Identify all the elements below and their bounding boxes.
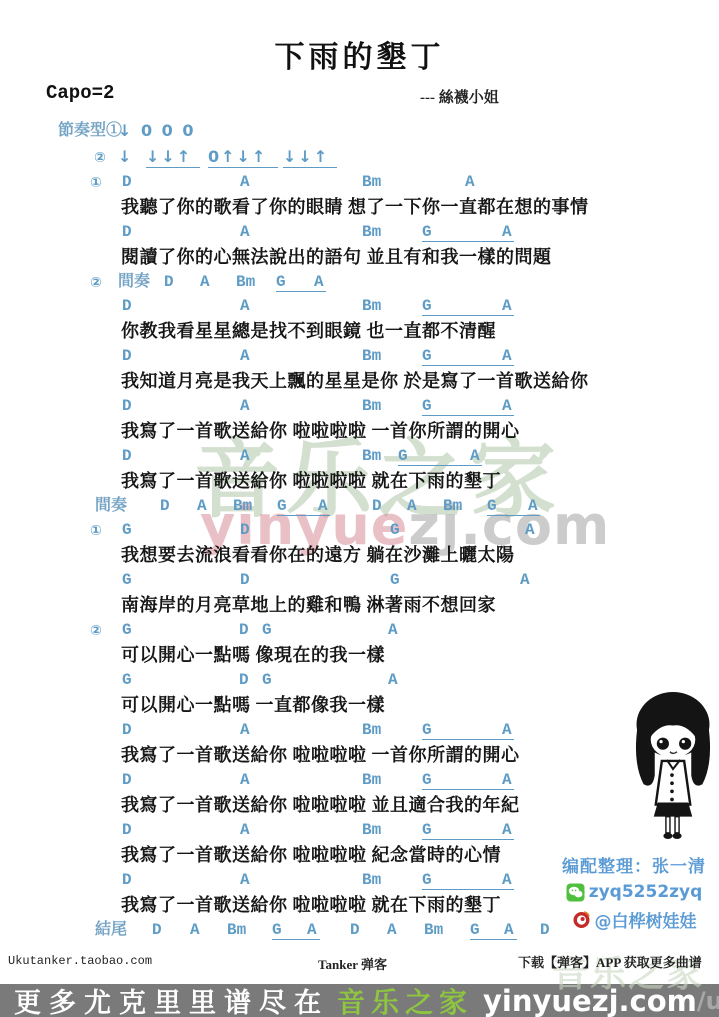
chord-label: Bm	[236, 270, 255, 294]
weibo-id: @白桦树娃娃	[595, 907, 697, 932]
chord-underline	[208, 167, 278, 168]
chord-label: Bm	[443, 494, 462, 518]
banner-slogan: 更多尤克里里谱尽在	[14, 984, 329, 1017]
chord-label: G	[122, 668, 132, 692]
cartoon-girl-illustration	[626, 690, 719, 842]
weibo-icon	[572, 910, 591, 929]
chord-label: G	[262, 668, 272, 692]
chord-label: A	[388, 618, 398, 642]
chord-label: A	[387, 918, 397, 942]
chord-line: GDGA	[0, 568, 719, 592]
chord-underline	[470, 939, 517, 940]
chord-label: G	[122, 518, 132, 542]
chord-label: D	[239, 618, 249, 642]
chord-label: D	[122, 718, 132, 742]
banner-brand: 音乐之家	[337, 984, 473, 1017]
lyric-line: 我寫了一首歌送給你 啦啦啦啦 並且適合我的年紀	[0, 792, 719, 818]
artist-label: --- 絲襪小姐	[420, 86, 499, 107]
chord-label: D	[350, 918, 360, 942]
chord-label: D	[372, 494, 382, 518]
chord-label: A	[388, 668, 398, 692]
lyric-line: 可以開心一點嗎 一直都像我一樣	[0, 692, 719, 718]
chord-label: Bm	[362, 868, 381, 892]
chord-label: D	[122, 444, 132, 468]
chord-label: Bm	[227, 918, 246, 942]
section-number-marker: ②	[94, 145, 106, 171]
chord-label: D	[122, 170, 132, 194]
lyric-line: 閱讀了你的心無法說出的語句 並且有和我一樣的問題	[0, 244, 719, 270]
section-number-marker: ①	[90, 171, 102, 195]
chord-label: A	[240, 170, 250, 194]
chord-underline	[422, 415, 514, 416]
lyric-line: 你教我看星星總是找不到眼鏡 也一直都不清醒	[0, 318, 719, 344]
lyric-line: 我知道月亮是我天上飄的星星是你 於是寫了一首歌送給你	[0, 368, 719, 394]
chord-underline	[422, 889, 514, 890]
section-label: 間奏	[95, 494, 127, 518]
chord-label: A	[240, 294, 250, 318]
lyric-line: 南海岸的月亮草地上的雞和鴨 淋著雨不想回家	[0, 592, 719, 618]
chord-label: D	[122, 768, 132, 792]
chord-label: D	[239, 668, 249, 692]
chord-label: A	[190, 918, 200, 942]
chord-label: G	[262, 618, 272, 642]
footer-app-promo: 下载【弹客】APP 获取更多曲谱	[518, 952, 702, 971]
chord-underline	[146, 167, 200, 168]
chord-label: A	[240, 868, 250, 892]
chord-label: A	[240, 768, 250, 792]
wechat-icon	[566, 883, 585, 902]
chord-label: A	[200, 270, 210, 294]
section-label: 結尾	[95, 918, 127, 942]
chord-label: A	[525, 518, 535, 542]
chord-label: G	[390, 518, 400, 542]
chord-label: D	[240, 518, 250, 542]
chord-label: Bm	[362, 294, 381, 318]
chord-label: D	[122, 344, 132, 368]
chord-label: A	[465, 170, 475, 194]
rhythm-pattern-line: 節奏型①↓ 0 0 0	[0, 118, 719, 144]
chord-line: DABmGA	[0, 220, 719, 244]
chord-label: D	[122, 868, 132, 892]
chord-sheet-page: 音乐之家 yinyuezj.com 音乐之家 下雨的墾丁 Capo=2 --- …	[0, 0, 719, 1017]
chord-label: D	[122, 818, 132, 842]
capo-label: Capo=2	[46, 82, 114, 104]
header-row: Capo=2 --- 絲襪小姐	[0, 80, 719, 118]
section-number-marker: ②	[90, 271, 102, 295]
chord-line: 間奏DABmGADABmGA	[0, 494, 719, 518]
chord-label: Bm	[233, 494, 252, 518]
chord-underline	[272, 939, 320, 940]
lyric-line: 我想要去流浪看看你在的遠方 躺在沙灘上曬太陽	[0, 542, 719, 568]
section-label: 節奏型①	[58, 118, 122, 144]
arranger-credit: 编配整理：张一清	[548, 852, 719, 877]
chord-label: A	[407, 494, 417, 518]
footer-tanker-label: Tanker 弹客	[318, 954, 387, 973]
chord-label: D	[164, 270, 174, 294]
chord-label: A	[240, 818, 250, 842]
chord-label: A	[240, 220, 250, 244]
chord-label: Bm	[362, 170, 381, 194]
chord-label: Bm	[362, 444, 381, 468]
strum-token: ↓ 0 0 0	[118, 118, 196, 144]
chord-label: G	[122, 618, 132, 642]
footer-taobao-url: Ukutanker.taobao.com	[8, 954, 152, 968]
chord-label: Bm	[362, 344, 381, 368]
chord-label: D	[152, 918, 162, 942]
chord-line: DABmGA	[0, 818, 719, 842]
chord-label: G	[390, 568, 400, 592]
chord-underline	[277, 515, 330, 516]
chord-label: D	[122, 294, 132, 318]
chord-underline	[283, 167, 337, 168]
chord-label: A	[240, 344, 250, 368]
chord-label: Bm	[362, 818, 381, 842]
chord-label: D	[122, 394, 132, 418]
chord-label: D	[240, 568, 250, 592]
chord-underline	[422, 365, 514, 366]
chord-label: A	[240, 444, 250, 468]
lyric-line: 我寫了一首歌送給你 啦啦啦啦 一首你所謂的開心	[0, 418, 719, 444]
chord-underline	[422, 789, 514, 790]
lyric-line: 我聽了你的歌看了你的眼睛 想了一下你一直都在想的事情	[0, 194, 719, 220]
chord-line: ②GDGA	[0, 618, 719, 642]
chord-line: DABmGA	[0, 344, 719, 368]
chord-underline	[487, 515, 540, 516]
chord-line: DABmGA	[0, 444, 719, 468]
chord-label: Bm	[424, 918, 443, 942]
chord-label: Bm	[362, 768, 381, 792]
section-number-marker: ②	[90, 619, 102, 643]
chord-underline	[422, 315, 514, 316]
chord-line: ①GDGA	[0, 518, 719, 542]
chord-line: GDGA	[0, 668, 719, 692]
song-body: 節奏型①↓ 0 0 0②↓↓↓↑0↑↓↑↓↓↑①DABmA我聽了你的歌看了你的眼…	[0, 118, 719, 942]
chord-underline	[422, 241, 514, 242]
chord-underline	[422, 739, 514, 740]
chord-line: ②間奏DABmGA	[0, 270, 719, 294]
chord-line: DABmGA	[0, 394, 719, 418]
song-title: 下雨的墾丁	[0, 0, 719, 76]
rhythm-pattern-line: ②↓↓↓↑0↑↓↑↓↓↑	[0, 144, 719, 170]
section-label: 間奏	[118, 270, 150, 294]
lyric-line: 我寫了一首歌送給你 啦啦啦啦 一首你所謂的開心	[0, 742, 719, 768]
chord-label: A	[520, 568, 530, 592]
chord-line: ①DABmA	[0, 170, 719, 194]
section-number-marker: ①	[90, 519, 102, 543]
wechat-id: zyq5252zyq	[589, 882, 703, 902]
chord-underline	[276, 291, 326, 292]
lyric-line: 可以開心一點嗎 像現在的我一樣	[0, 642, 719, 668]
chord-underline	[422, 839, 514, 840]
chord-label: A	[197, 494, 207, 518]
credits-block: 编配整理：张一清 zyq5252zyq @白桦树娃娃	[548, 852, 719, 932]
chord-label: A	[240, 394, 250, 418]
chord-label: A	[240, 718, 250, 742]
strum-token: ↓	[118, 144, 133, 170]
chord-label: D	[160, 494, 170, 518]
chord-underline	[398, 465, 482, 466]
chord-label: Bm	[362, 718, 381, 742]
chord-line: DABmGA	[0, 768, 719, 792]
chord-label: Bm	[362, 220, 381, 244]
chord-label: G	[122, 568, 132, 592]
lyric-line: 我寫了一首歌送給你 啦啦啦啦 就在下雨的墾丁	[0, 468, 719, 494]
chord-line: DABmGA	[0, 294, 719, 318]
chord-label: Bm	[362, 394, 381, 418]
chord-label: D	[122, 220, 132, 244]
chord-line: DABmGA	[0, 718, 719, 742]
